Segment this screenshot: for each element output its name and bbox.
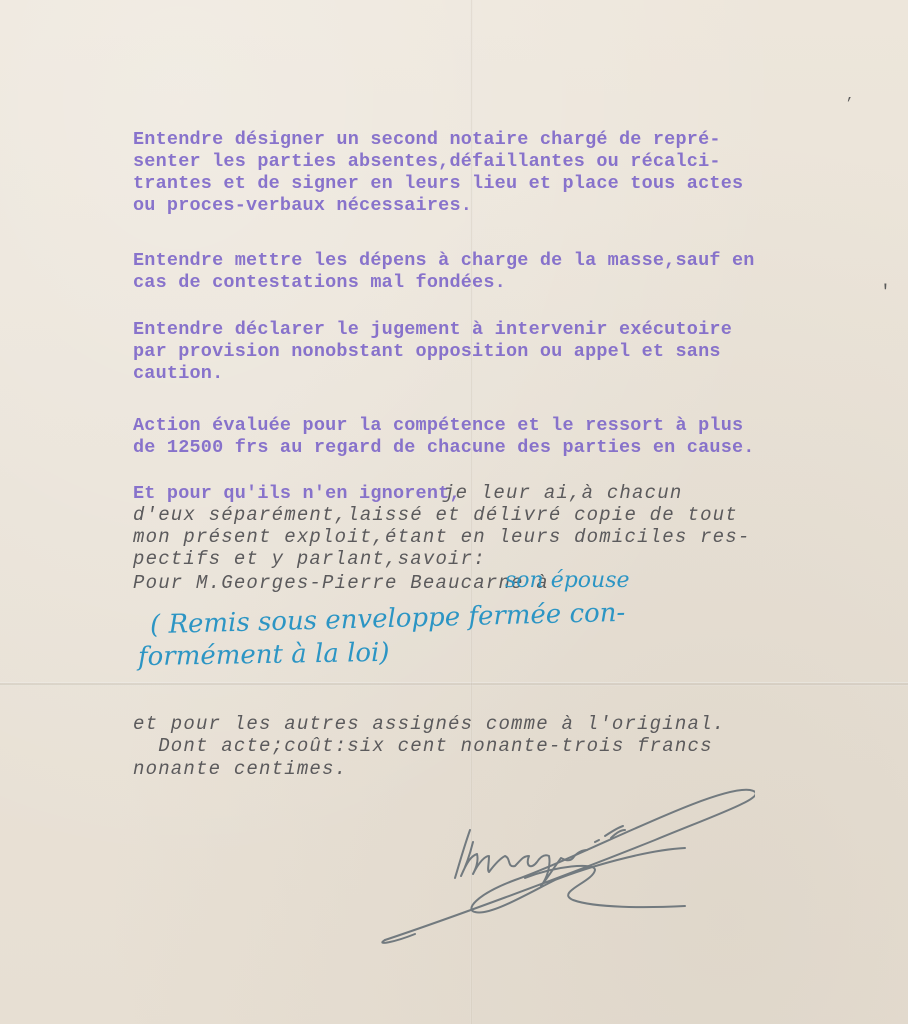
text-line: ou proces-verbaux nécessaires. [133, 195, 472, 217]
text-line: d'eux séparément,laissé et délivré copie… [133, 505, 738, 527]
text-line: pectifs et y parlant,savoir: [133, 549, 486, 571]
text-line: Entendre déclarer le jugement à interven… [133, 319, 732, 341]
text-line: senter les parties absentes,défaillantes… [133, 151, 721, 173]
text-line: Dont acte;coût:six cent nonante-trois fr… [133, 736, 713, 758]
text-line: Entendre désigner un second notaire char… [133, 129, 721, 151]
text-line: caution. [133, 363, 223, 385]
text-line: cas de contestations mal fondées. [133, 272, 506, 294]
text-line: mon présent exploit,étant en leurs domic… [133, 527, 751, 549]
text-line-purple: Et pour qu'ils n'en ignorent, [133, 483, 461, 505]
text-line-grey: je leur ai,à chacun [443, 483, 682, 505]
handwritten-annotation-line: formément à la loi) [138, 638, 390, 672]
text-line: Action évaluée pour la compétence et le … [133, 415, 743, 437]
signature: Wuyauquiet [355, 770, 755, 950]
signature-glyph [355, 770, 755, 950]
text-line: et pour les autres assignés comme à l'or… [133, 714, 725, 736]
ink-speck: ' [880, 283, 891, 303]
text-line: par provision nonobstant opposition ou a… [133, 341, 721, 363]
handwritten-annotation-inline: son épouse [505, 568, 630, 593]
text-line: de 12500 frs au regard de chacune des pa… [133, 437, 755, 459]
ink-speck: , [846, 88, 854, 104]
text-line: trantes et de signer en leurs lieu et pl… [133, 173, 743, 195]
text-line: nonante centimes. [133, 759, 347, 781]
recipient-line: Pour M.Georges-Pierre Beaucarne à [133, 573, 549, 595]
paper-fold-horizontal [0, 682, 908, 686]
text-line: Entendre mettre les dépens à charge de l… [133, 250, 755, 272]
